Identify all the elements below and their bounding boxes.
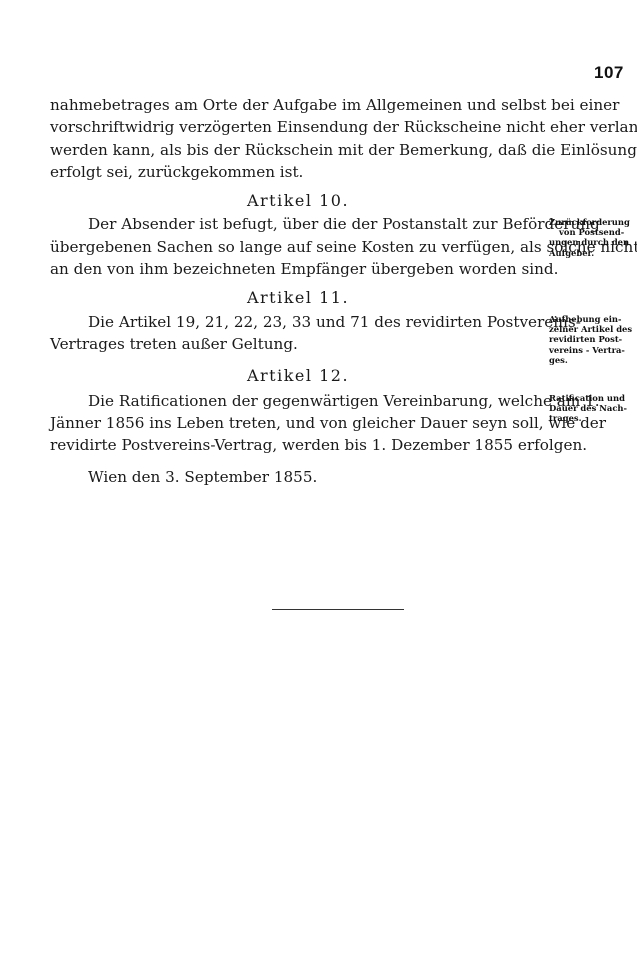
page-number: 107 <box>594 63 624 83</box>
margin-note-line: Ratification und <box>549 393 627 403</box>
margin-note-line: ges. <box>549 355 627 365</box>
margin-note: Zurückforderung von Postsend- ungen durc… <box>549 217 627 258</box>
text-line: Die Ratificationen der gegenwärtigen Ver… <box>88 392 540 410</box>
divider-rule <box>272 609 404 610</box>
margin-note-line: zelner Artikel des <box>549 324 627 334</box>
margin-note-line: revidirten Post- <box>549 334 627 344</box>
margin-note-line: ungen durch den <box>549 237 627 247</box>
text-line: Der Absender ist befugt, über die der Po… <box>88 215 540 233</box>
text-line: Die Artikel 19, 21, 22, 23, 33 und 71 de… <box>88 313 540 331</box>
margin-note-line: Zurückforderung <box>549 217 627 227</box>
text-line: vorschriftwidrig verzögerten Einsendung … <box>50 118 540 136</box>
text-line: revidirte Postvereins-Vertrag, werden bi… <box>50 436 587 454</box>
article-heading: Artikel 10. <box>0 192 596 210</box>
margin-note: Ratification und Dauer des Nach- trages. <box>549 393 627 424</box>
margin-note-line: Dauer des Nach- <box>549 403 627 413</box>
text-line: Jänner 1856 ins Leben treten, und von gl… <box>50 414 540 432</box>
place-date: Wien den 3. September 1855. <box>88 468 317 486</box>
text-line: nahmebetrages am Orte der Aufgabe im All… <box>50 96 540 114</box>
margin-note-line: von Postsend- <box>549 227 627 237</box>
text-line: an den von ihm bezeichneten Empfänger üb… <box>50 260 558 278</box>
margin-note-line: Aufgeber. <box>549 248 627 258</box>
article-heading: Artikel 12. <box>0 367 596 385</box>
text-line: werden kann, als bis der Rückschein mit … <box>50 141 540 159</box>
margin-note-line: Aufhebung ein- <box>549 314 627 324</box>
article-heading: Artikel 11. <box>0 289 596 307</box>
text-line: erfolgt sei, zurückgekommen ist. <box>50 163 303 181</box>
text-line: Vertrages treten außer Geltung. <box>50 335 298 353</box>
margin-note-line: vereins - Vertra- <box>549 345 627 355</box>
margin-note: Aufhebung ein- zelner Artikel des revidi… <box>549 314 627 365</box>
margin-note-line: trages. <box>549 413 627 423</box>
text-line: übergebenen Sachen so lange auf seine Ko… <box>50 238 540 256</box>
